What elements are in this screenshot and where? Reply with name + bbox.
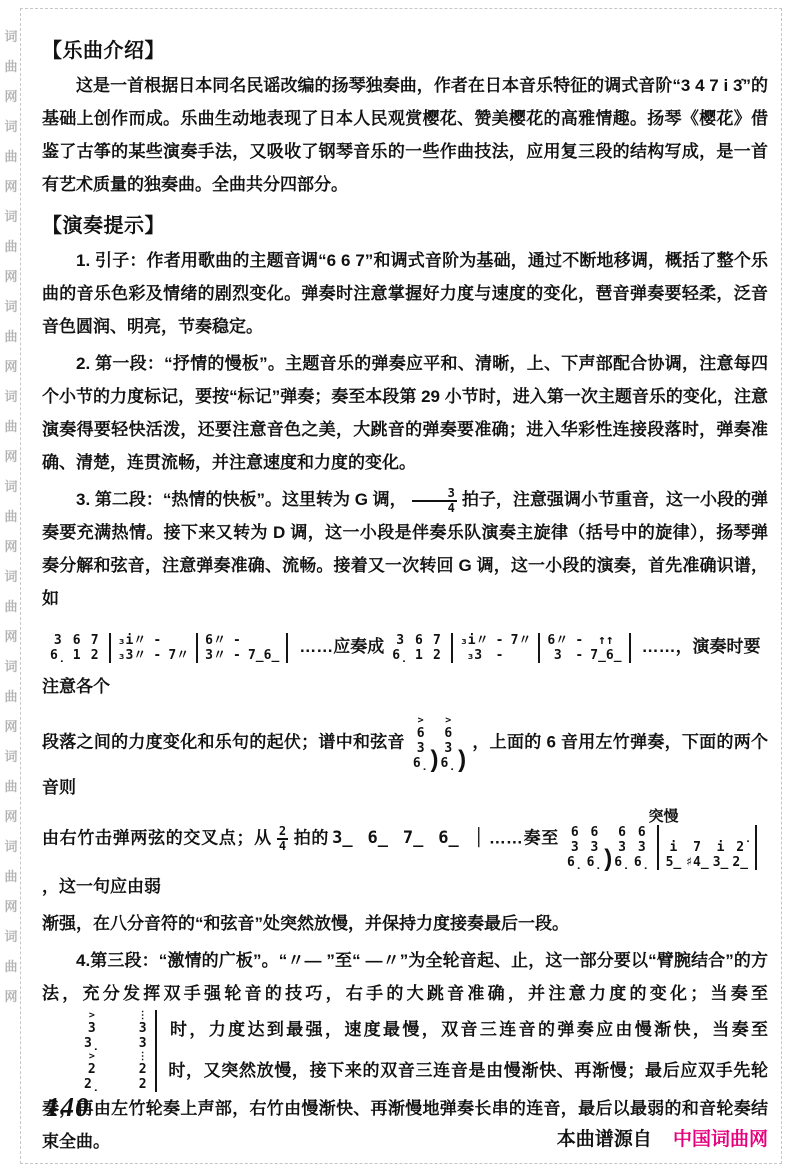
barline — [155, 1010, 157, 1051]
note-column: i5̲ — [666, 825, 682, 870]
note-column: 36̣ — [392, 633, 408, 663]
note-column: >33̣ — [50, 1010, 100, 1051]
barline — [629, 633, 631, 663]
note-column: 7〃 — [168, 633, 189, 663]
note-column: 6〃3 — [547, 633, 568, 663]
note-column: 36̣ — [50, 633, 66, 663]
intro-paragraph: 这是一首根据日本同名民谣改编的扬琴独奏曲，作者在日本音乐特征的调式音阶“3 4 … — [42, 69, 768, 201]
tip-paragraph-3-cont-crescendo: 渐强，在八分音符的“和弦音”处突然放慢，并保持力度接奏最后一段。 — [42, 907, 768, 940]
jianpu-notation-group: 36̣6172₃i〃₃3〃--7〃6〃3〃--7̲6̲ — [48, 633, 293, 663]
note-column: ↑↑7̲6̲ — [590, 633, 621, 663]
source-credit: 本曲谱源自 中国词曲网 — [557, 1124, 768, 1151]
note-column: 6〃3〃 — [205, 633, 226, 663]
page-content: 【乐曲介绍】 这是一首根据日本同名民谣改编的扬琴独奏曲，作者在日本音乐特征的调式… — [42, 26, 768, 1162]
note-column: ⋮33 — [104, 1010, 148, 1051]
note-column: >636̣ — [413, 715, 429, 771]
note-column: 7♯4̲ — [685, 825, 708, 870]
arpeggio-paren: ) — [430, 749, 438, 771]
tip-paragraph-3: 3. 第二段：“热情的快板”。这里转为 G 调，34拍子，注意强调小节重音，这一… — [42, 483, 768, 615]
note-column: 72 — [88, 633, 102, 663]
intro-section-header: 【乐曲介绍】 — [42, 34, 768, 63]
inline-notes: 3̲ 6̲ 7̲ 6̲ │ — [332, 828, 486, 848]
time-signature: 34 — [412, 487, 457, 515]
note-column: -- — [150, 633, 164, 663]
note-column: -- — [572, 633, 586, 663]
jianpu-notation-group: >33̣⋮33 — [48, 1010, 162, 1051]
jianpu-notation-group: >22̣⋮22 — [48, 1051, 162, 1092]
notation-example-line: 36̣6172₃i〃₃3〃--7〃6〃3〃--7̲6̲……应奏成36̣6172₃… — [42, 627, 768, 707]
note-column: -- — [493, 633, 507, 663]
tip-paragraph-3-cont-chord: 段落之间的力度变化和乐句的起伏；谱中和弦音>636̣)>636̣)，上面的 6 … — [42, 715, 768, 804]
jianpu-notation-group: >636̣)>636̣) — [411, 715, 466, 771]
note-column: >22̣ — [50, 1051, 100, 1092]
barline — [657, 825, 659, 870]
source-credit-prefix: 本曲谱源自 — [557, 1129, 652, 1150]
note-column: ⋮22 — [104, 1051, 148, 1092]
watermark-column: 词曲网词曲网词曲网词曲网词曲网词曲网词曲网词曲网词曲网词曲网词曲网 — [3, 22, 19, 1012]
note-column: -- — [230, 633, 244, 663]
note-column: 61 — [412, 633, 426, 663]
barline — [109, 633, 111, 663]
time-signature: 24 — [277, 825, 288, 853]
barline — [286, 633, 288, 663]
tip-paragraph-2: 2. 第一段：“抒情的慢板”。主题音乐的弹奏应平和、清晰，上、下声部配合协调，注… — [42, 347, 768, 479]
arpeggio-paren: ) — [604, 848, 612, 870]
note-column: 636̣ — [634, 825, 650, 870]
jianpu-notation-group: 36̣6172₃i〃₃3--7〃6〃3--↑↑7̲6̲ — [390, 633, 635, 663]
note-column: i3̲ — [713, 825, 729, 870]
note-column: 636̣ — [614, 825, 630, 870]
note-column: ₃i〃₃3 — [460, 633, 489, 663]
page-number: 140 — [46, 1092, 90, 1123]
barline — [538, 633, 540, 663]
note-column: 7〃 — [511, 633, 532, 663]
barline — [155, 1051, 157, 1092]
barline — [451, 633, 453, 663]
note-column: 2̇2̲ — [732, 825, 748, 870]
note-column: 72 — [430, 633, 444, 663]
note-column: >636̣ — [440, 715, 456, 771]
arpeggio-paren: ) — [458, 749, 466, 771]
tips-section-header: 【演奏提示】 — [42, 209, 768, 238]
note-column: 636̣ — [587, 825, 603, 870]
barline — [755, 825, 757, 870]
source-credit-brand: 中国词曲网 — [673, 1129, 768, 1150]
jianpu-notation-group: 突慢636̣636̣)636̣636̣i5̲7♯4̲i3̲2̇2̲ — [565, 808, 762, 870]
note-column: 636̣ — [567, 825, 583, 870]
tip-paragraph-1: 1. 引子：作者用歌曲的主题音调“6 6 7”和调式音阶为基础，通过不断地移调，… — [42, 244, 768, 343]
barline — [196, 633, 198, 663]
tip-paragraph-3-cont-crossing: 由右竹击弹两弦的交叉点；从24拍的3̲ 6̲ 7̲ 6̲ │……奏至突慢636̣… — [42, 808, 768, 903]
note-column: ₃i〃₃3〃 — [118, 633, 147, 663]
note-column: 7̲6̲ — [248, 633, 279, 663]
note-column: 61 — [70, 633, 84, 663]
tempo-label: 突慢 — [648, 808, 678, 825]
